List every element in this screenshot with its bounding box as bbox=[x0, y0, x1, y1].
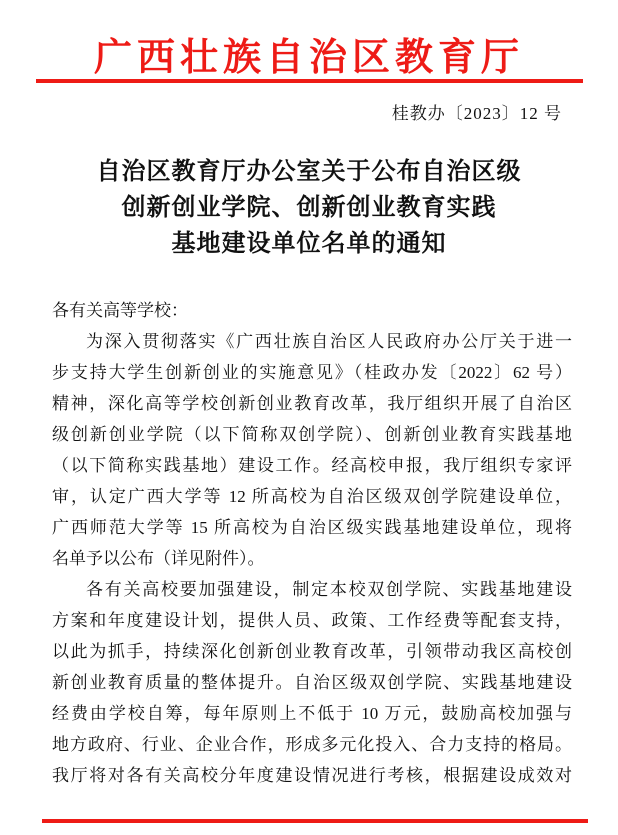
document-body: 各有关高等学校：为深入贯彻落实《广西壮族自治区人民政府办公厅关于进一步支持大学生… bbox=[52, 295, 572, 791]
header-divider-line bbox=[36, 79, 583, 83]
document-title: 自治区教育厅办公室关于公布自治区级 创新创业学院、创新创业教育实践 基地建设单位… bbox=[0, 154, 618, 262]
body-text-line: （以下简称实践基地）建设工作。经高校申报，我厅组织专家评 bbox=[52, 450, 572, 481]
agency-name-header: 广西壮族自治区教育厅 bbox=[0, 26, 618, 81]
body-text-line: 名单予以公布（详见附件）。 bbox=[52, 543, 572, 574]
body-text-line: 经费由学校自筹，每年原则上不低于 10 万元，鼓励高校加强与 bbox=[52, 698, 572, 729]
document-title-line-3: 基地建设单位名单的通知 bbox=[0, 226, 618, 262]
body-text-line: 新创业教育质量的整体提升。自治区级双创学院、实践基地建设 bbox=[52, 667, 572, 698]
document-title-line-1: 自治区教育厅办公室关于公布自治区级 bbox=[0, 154, 618, 190]
document-page: 广西壮族自治区教育厅 桂教办〔2023〕12 号 自治区教育厅办公室关于公布自治… bbox=[0, 0, 618, 835]
body-text-line: 以此为抓手，持续深化创新创业教育改革，引领带动我区高校创 bbox=[52, 636, 572, 667]
body-text-line: 级创新创业学院（以下简称双创学院）、创新创业教育实践基地 bbox=[52, 419, 572, 450]
body-text-line: 步支持大学生创新创业的实施意见》（桂政办发〔2022〕62 号） bbox=[52, 357, 572, 388]
body-text-line: 各有关高校要加强建设，制定本校双创学院、实践基地建设 bbox=[52, 574, 572, 605]
body-text-line: 各有关高等学校： bbox=[52, 295, 572, 326]
body-text-line: 地方政府、行业、企业合作，形成多元化投入、合力支持的格局。 bbox=[52, 729, 572, 760]
body-text-line: 审，认定广西大学等 12 所高校为自治区级双创学院建设单位， bbox=[52, 481, 572, 512]
footer-divider-line bbox=[42, 819, 588, 823]
body-text-line: 我厅将对各有关高校分年度建设情况进行考核，根据建设成效对 bbox=[52, 760, 572, 791]
document-number: 桂教办〔2023〕12 号 bbox=[392, 99, 562, 124]
body-text-line: 为深入贯彻落实《广西壮族自治区人民政府办公厅关于进一 bbox=[52, 326, 572, 357]
document-title-line-2: 创新创业学院、创新创业教育实践 bbox=[0, 190, 618, 226]
body-text-line: 精神，深化高等学校创新创业教育改革，我厅组织开展了自治区 bbox=[52, 388, 572, 419]
body-text-line: 广西师范大学等 15 所高校为自治区级实践基地建设单位，现将 bbox=[52, 512, 572, 543]
body-text-line: 方案和年度建设计划，提供人员、政策、工作经费等配套支持， bbox=[52, 605, 572, 636]
